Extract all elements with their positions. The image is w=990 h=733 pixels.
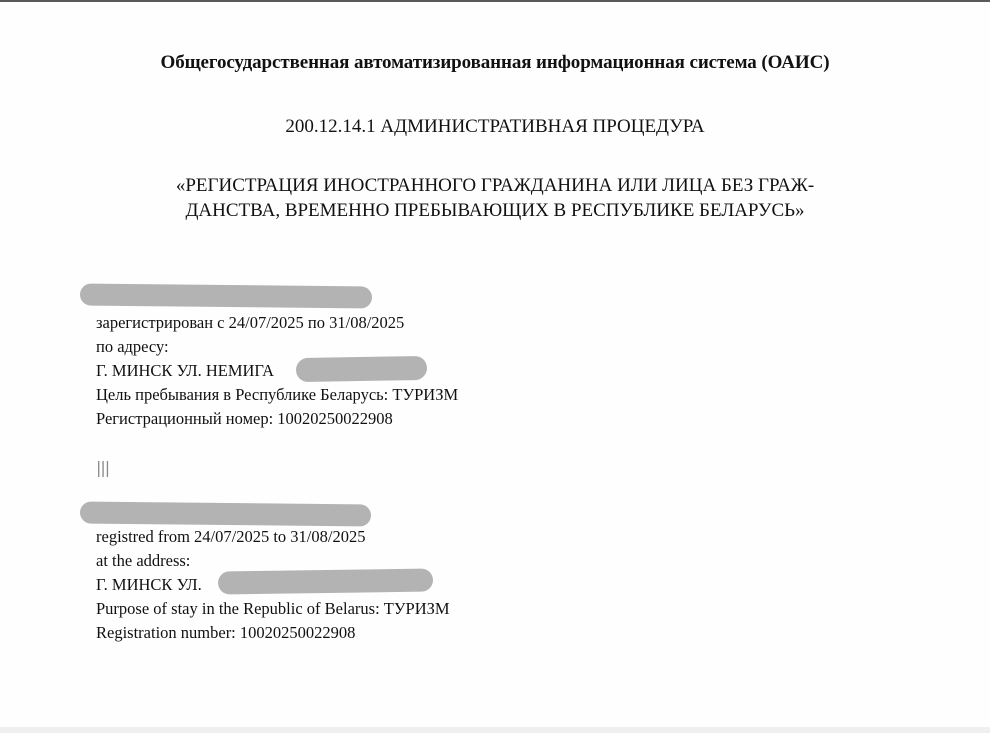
procedure-name: «РЕГИСТРАЦИЯ ИНОСТРАННОГО ГРАЖДАНИНА ИЛИ… (0, 173, 990, 223)
procedure-name-line-1: «РЕГИСТРАЦИЯ ИНОСТРАННОГО ГРАЖДАНИНА ИЛИ… (0, 173, 990, 198)
redacted-address-en (218, 569, 433, 595)
section-separator: ||| (96, 458, 109, 477)
registration-number-ru: Регистрационный номер: 10020250022908 (96, 407, 458, 431)
system-title: Общегосударственная автоматизированная и… (0, 52, 990, 74)
purpose-en: Purpose of stay in the Republic of Belar… (96, 597, 450, 621)
registered-period-ru: зарегистрирован с 24/07/2025 по 31/08/20… (96, 311, 458, 335)
procedure-code: 200.12.14.1 АДМИНИСТРАТИВНАЯ ПРОЦЕДУРА (0, 116, 990, 138)
redacted-address-ru (296, 356, 427, 382)
procedure-name-line-2: ДАНСТВА, ВРЕМЕННО ПРЕБЫВАЮЩИХ В РЕСПУБЛИ… (0, 198, 990, 223)
document-page: Общегосударственная автоматизированная и… (0, 0, 990, 727)
registered-period-en: registred from 24/07/2025 to 31/08/2025 (96, 525, 450, 549)
redacted-name-ru (80, 283, 372, 308)
registration-number-en: Registration number: 10020250022908 (96, 621, 450, 645)
redacted-name-en (80, 501, 371, 526)
purpose-ru: Цель пребывания в Республике Беларусь: Т… (96, 383, 458, 407)
viewer-background (0, 727, 990, 733)
